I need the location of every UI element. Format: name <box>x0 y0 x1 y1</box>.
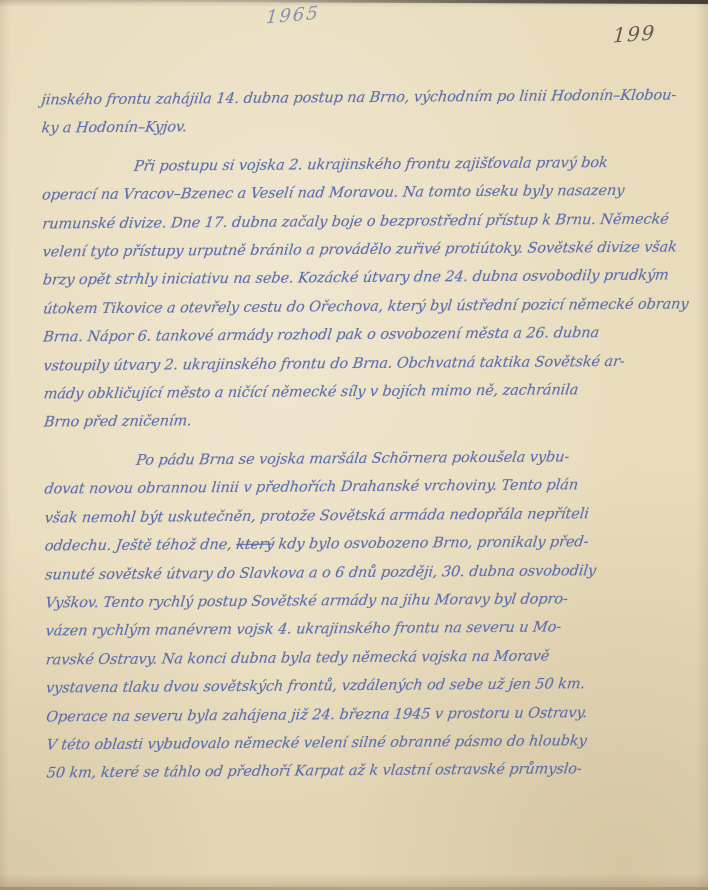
line-text-after-correction: kdy bylo osvobozeno Brno, pronikaly před… <box>273 534 589 552</box>
handwritten-line: vázen rychlým manévrem vojsk 4. ukrajins… <box>44 613 671 646</box>
handwritten-line: vystavena tlaku dvou sovětských frontů, … <box>44 670 671 703</box>
handwritten-line: 50 km, které se táhlo od předhoří Karpat… <box>45 755 672 788</box>
handwritten-line: Brna. Nápor 6. tankové armády rozhodl pa… <box>42 319 669 352</box>
line-text-before-correction: oddechu. Ještě téhož dne, <box>44 537 237 555</box>
handwritten-line: dovat novou obrannou linii v předhořích … <box>43 471 670 504</box>
handwriting-body: jinského frontu zahájila 14. dubna postu… <box>41 82 670 789</box>
paragraph: jinského frontu zahájila 14. dubna postu… <box>41 82 665 144</box>
handwritten-line: ky a Hodonín–Kyjov. <box>40 110 667 143</box>
manuscript-page-scan: 1965 199 jinského frontu zahájila 14. du… <box>0 0 708 890</box>
handwritten-line: Brno před zničením. <box>42 404 669 437</box>
year-annotation: 1965 <box>265 3 320 29</box>
struck-word: který <box>235 537 275 553</box>
handwritten-line: operací na Vracov–Bzenec a Veselí nad Mo… <box>40 177 667 210</box>
paragraph: Při postupu si vojska 2. ukrajinského fr… <box>42 148 668 437</box>
paragraph: Po pádu Brna se vojska maršála Schörnera… <box>44 442 671 788</box>
handwritten-line-with-correction: oddechu. Ještě téhož dne, který kdy bylo… <box>43 528 670 561</box>
page-number: 199 <box>613 20 657 47</box>
scan-edge-top <box>0 0 708 4</box>
